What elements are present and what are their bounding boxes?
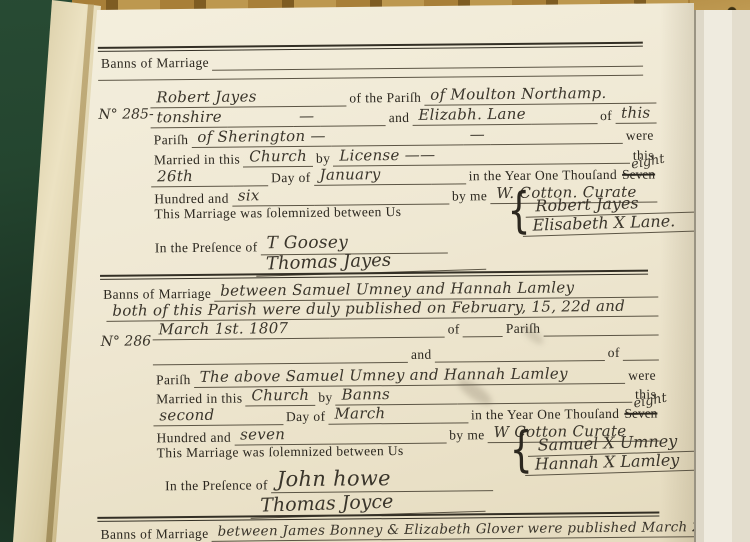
entry285-blank-line	[98, 70, 643, 81]
facing-page-edge	[694, 10, 750, 542]
in-presence-of-label: In the Preſence of	[152, 239, 261, 256]
dash-handwritten: —	[464, 125, 492, 145]
of-label: of	[597, 108, 615, 124]
in-presence-of-label: In the Preſence of	[162, 477, 271, 494]
dash-handwritten: —	[293, 107, 321, 127]
ruled-line	[463, 331, 503, 337]
entry286-and-line: and of	[153, 345, 659, 366]
entry286-banns-date-line: March 1st. 1807 of Pariſh	[152, 316, 658, 341]
year-one-thousand-label: in the Year One Thouſand	[466, 167, 621, 184]
parish-label: Pariſh	[151, 132, 192, 148]
entry-number-286: N° 286	[101, 333, 152, 349]
marriage-method-handwritten: License ——	[333, 145, 465, 166]
ruled-line	[435, 355, 605, 363]
parish-continuation-handwritten: tonshire	[150, 108, 228, 129]
parish-label: Pariſh	[153, 372, 194, 388]
were-label: were	[623, 128, 657, 144]
groom-name-handwritten: Robert Jayes	[150, 87, 322, 109]
month-handwritten: March	[328, 404, 440, 425]
ruled-line	[623, 355, 659, 361]
groom-parish-handwritten: of Moulton Northamp.	[424, 84, 656, 106]
marriage-method-handwritten: Banns	[336, 384, 458, 405]
bride-name-handwritten: Elizabh. Lane	[412, 105, 532, 126]
year-word-handwritten: six	[232, 186, 314, 207]
banns-final-date-handwritten: March 1st. 1807	[152, 319, 329, 341]
entry285-solemnized-line: This Marriage was ſolemnized between Us	[151, 204, 404, 222]
ruled-line	[543, 330, 658, 337]
day-handwritten: 26th	[151, 167, 233, 188]
by-label: by	[315, 390, 335, 406]
page-content: Banns of Marriage N° 285- Robert Jayes o…	[0, 0, 750, 542]
year-word-handwritten: seven	[234, 425, 331, 446]
were-label: were	[625, 368, 659, 384]
solemnized-label: This Marriage was ſolemnized between Us	[151, 204, 404, 222]
church-handwritten: Church	[245, 386, 315, 407]
of-label: of	[605, 345, 623, 361]
register-photo: Banns of Marriage N° 285- Robert Jayes o…	[0, 0, 750, 542]
month-handwritten: January	[314, 165, 431, 186]
entry-next-banns-header: Banns of Marriage between James Bonney &…	[97, 519, 687, 542]
ruled-line	[212, 61, 643, 71]
of-the-parish-label: of the Pariſh	[346, 90, 424, 107]
by-me-label: by me	[449, 188, 491, 204]
solemnized-label: This Marriage was ſolemnized between Us	[154, 443, 407, 461]
and-label: and	[386, 110, 413, 126]
year-phrase: in the Year One Thouſand Seven eight	[468, 406, 660, 424]
banns-parties-handwritten: between James Bonney & Elizabeth Glover …	[211, 519, 730, 542]
and-label: and	[408, 347, 435, 363]
banns-of-marriage-label: Banns of Marriage	[97, 526, 211, 542]
day-of-label: Day of	[283, 409, 329, 425]
entry-number-285: N° 285-	[98, 106, 153, 123]
by-label: by	[313, 151, 333, 167]
church-handwritten: Church	[243, 147, 313, 168]
entry286-solemnized-line: This Marriage was ſolemnized between Us	[154, 443, 407, 461]
of-label: of	[445, 321, 463, 337]
year-phrase: in the Year One Thouſand Seven eight	[466, 167, 658, 185]
day-handwritten: second	[153, 405, 255, 426]
ruled-line	[98, 70, 643, 81]
register-page: Banns of Marriage N° 285- Robert Jayes o…	[0, 0, 750, 542]
ruled-line	[153, 357, 408, 365]
year-one-thousand-label: in the Year One Thouſand	[468, 406, 623, 423]
bride-parish-handwritten: of Sherington —	[191, 127, 332, 148]
entry285-banns-header: Banns of Marriage	[98, 51, 643, 72]
this-handwritten: this	[615, 104, 657, 124]
parish-label: Pariſh	[503, 321, 544, 337]
banns-of-marriage-label: Banns of Marriage	[98, 55, 212, 72]
by-me-label: by me	[446, 427, 488, 443]
section-divider	[98, 42, 643, 52]
ruled-line	[330, 332, 445, 339]
day-of-label: Day of	[268, 170, 314, 186]
